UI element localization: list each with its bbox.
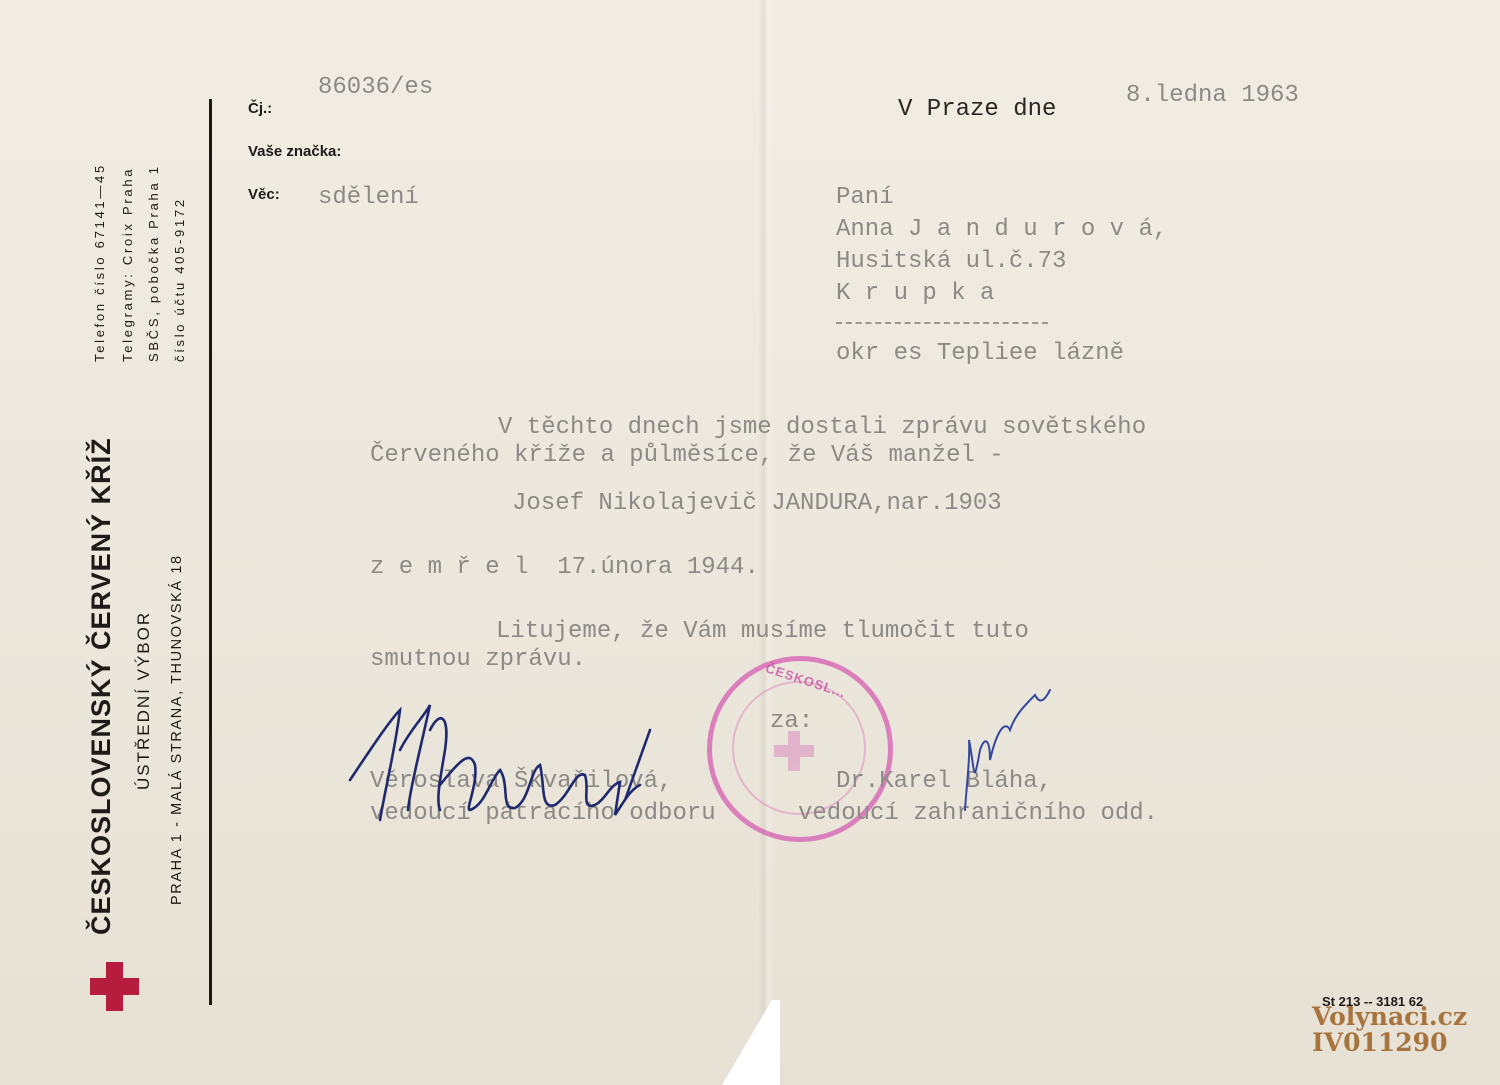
stamp-cross-icon xyxy=(774,731,814,771)
letter-paper xyxy=(0,0,1500,1085)
your-reference-label: Vaše značka: xyxy=(248,143,341,160)
recipient-street: Husitská ul.č.73 xyxy=(836,248,1066,275)
organization-name: ČESKOSLOVENSKÝ ČERVENÝ KŘÍŽ xyxy=(86,437,117,935)
recipient-city: K r u p k a xyxy=(836,280,994,307)
body-line-1: V těchto dnech jsme dostali zprávu sovět… xyxy=(498,414,1146,441)
letterhead-divider xyxy=(209,99,212,1005)
body-line-5: Litujeme, že Vám musíme tlumočit tuto xyxy=(496,618,1029,645)
body-line-6: smutnou zprávu. xyxy=(370,646,586,673)
contact-telegram: Telegramy: Croix Praha xyxy=(120,167,135,362)
recipient-district: okr es Tepliee lázně xyxy=(836,340,1124,367)
contact-phone: Telefon číslo 67141—45 xyxy=(92,163,107,362)
reference-label: Čj.: xyxy=(248,100,272,117)
committee-name: ÚSTŘEDNÍ VÝBOR xyxy=(134,611,154,790)
contact-account: číslo účtu 405-9172 xyxy=(172,197,187,362)
body-line-2: Červeného kříže a půlměsíce, že Váš manž… xyxy=(370,442,1004,469)
recipient-salutation: Paní xyxy=(836,184,894,211)
subject-label: Věc: xyxy=(248,186,280,203)
watermark-id: IV011290 xyxy=(1312,1028,1447,1057)
torn-corner-edge xyxy=(772,1000,780,1085)
torn-corner xyxy=(722,1000,772,1085)
watermark-site: Volynaci.cz xyxy=(1312,1002,1467,1031)
handwritten-signature-right xyxy=(945,680,1065,820)
letter-date: 8.ledna 1963 xyxy=(1126,82,1299,109)
subject-value: sdělení xyxy=(318,184,419,211)
red-cross-icon xyxy=(90,962,139,1011)
address-underline xyxy=(836,322,1048,324)
reference-value: 86036/es xyxy=(318,74,433,101)
death-statement: z e m ř e l 17.února 1944. xyxy=(370,554,759,581)
contact-bank: SBČS, pobočka Praha 1 xyxy=(146,164,161,362)
handwritten-signature-left xyxy=(340,690,760,840)
recipient-name: Anna J a n d u r o v á, xyxy=(836,216,1167,243)
for-label: za: xyxy=(770,708,813,735)
organization-address: PRAHA 1 - MALÁ STRANA, THUNOVSKÁ 18 xyxy=(169,554,185,905)
place-prefix: V Praze dne xyxy=(898,96,1056,123)
deceased-name: Josef Nikolajevič JANDURA,nar.1903 xyxy=(512,490,1002,517)
